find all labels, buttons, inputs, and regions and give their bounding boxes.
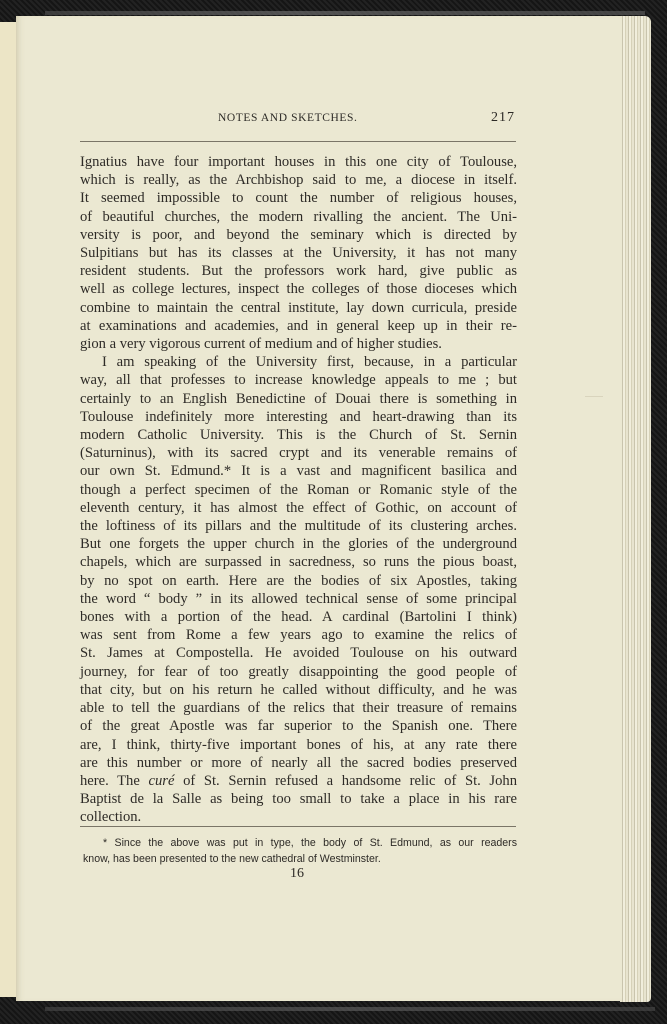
header-rule xyxy=(80,141,516,142)
body-text: Ignatius have four important houses in t… xyxy=(80,153,517,827)
text-line: way, all that professes to increase know… xyxy=(80,371,517,389)
text-line: modern Catholic University. This is the … xyxy=(80,426,517,444)
text-line: (Saturninus), with its sacred crypt and … xyxy=(80,444,517,462)
text-line: by no spot on earth. Here are the bodies… xyxy=(80,572,517,590)
text-line: are, I think, thirty-five important bone… xyxy=(80,736,517,754)
cover-top-edge xyxy=(45,11,645,15)
text-line: able to tell the guardians of the relics… xyxy=(80,699,517,717)
text-line: Baptist de la Salle as being too small t… xyxy=(80,790,517,808)
cover-bottom-edge xyxy=(45,1007,655,1011)
footnote-line: know, has been presented to the new cath… xyxy=(83,852,517,868)
italic-word: curé xyxy=(148,773,174,789)
running-head: NOTES AND SKETCHES. 217 xyxy=(0,112,667,128)
text-line: bones with a portion of the head. A card… xyxy=(80,608,517,626)
text-line: I am speaking of the University first, b… xyxy=(80,353,517,371)
text-line: versity is poor, and beyond the seminary… xyxy=(80,226,517,244)
signature-mark: 16 xyxy=(290,866,304,882)
text-line: of the great Apostle was far superior to… xyxy=(80,717,517,735)
text-line: It seemed impossible to count the number… xyxy=(80,189,517,207)
text-line: which is really, as the Archbishop said … xyxy=(80,171,517,189)
paper-mark xyxy=(585,396,603,397)
text-line: well as college lectures, inspect the co… xyxy=(80,280,517,298)
text-line: though a perfect specimen of the Roman o… xyxy=(80,481,517,499)
text-line: at examinations and academies, and in ge… xyxy=(80,317,517,335)
footnote-line: * Since the above was put in type, the b… xyxy=(83,836,517,852)
text-line: St. James at Compostella. He avoided Tou… xyxy=(80,644,517,662)
text-line: certainly to an English Benedictine of D… xyxy=(80,390,517,408)
footnote-rule xyxy=(80,826,516,827)
text-line: collection. xyxy=(80,808,517,826)
text-line: the word “ body ” in its allowed technic… xyxy=(80,590,517,608)
text-line: was sent from Rome a few years ago to ex… xyxy=(80,626,517,644)
text-line: are this number or more of nearly all th… xyxy=(80,754,517,772)
text-line: chapels, which are surpassed in sacredne… xyxy=(80,553,517,571)
running-title: NOTES AND SKETCHES. xyxy=(218,112,358,124)
text-line: journey, for fear of too greatly disappo… xyxy=(80,663,517,681)
text-line: But one forgets the upper church in the … xyxy=(80,535,517,553)
text-line: eleventh century, it has almost the effe… xyxy=(80,499,517,517)
text-line: resident students. But the professors wo… xyxy=(80,262,517,280)
page-number: 217 xyxy=(491,110,515,126)
text-line: Sulpitians but has its classes at the Un… xyxy=(80,244,517,262)
footnote: * Since the above was put in type, the b… xyxy=(83,836,517,867)
text-line: gion a very vigorous current of medium a… xyxy=(80,335,517,353)
text-line: that city, but on his return he called w… xyxy=(80,681,517,699)
text-line: here. The curé of St. Sernin refused a h… xyxy=(80,772,517,790)
text-line: Ignatius have four important houses in t… xyxy=(80,153,517,171)
text-line: our own St. Edmund.* It is a vast and ma… xyxy=(80,462,517,480)
text-line: the loftiness of its pillars and the mul… xyxy=(80,517,517,535)
text-line: of beautiful churches, the modern rivall… xyxy=(80,208,517,226)
facing-page-edge xyxy=(0,22,17,997)
page-edges xyxy=(620,16,651,1002)
text-line: Toulouse indefinitely more interesting a… xyxy=(80,408,517,426)
text-line: combine to maintain the central institut… xyxy=(80,299,517,317)
